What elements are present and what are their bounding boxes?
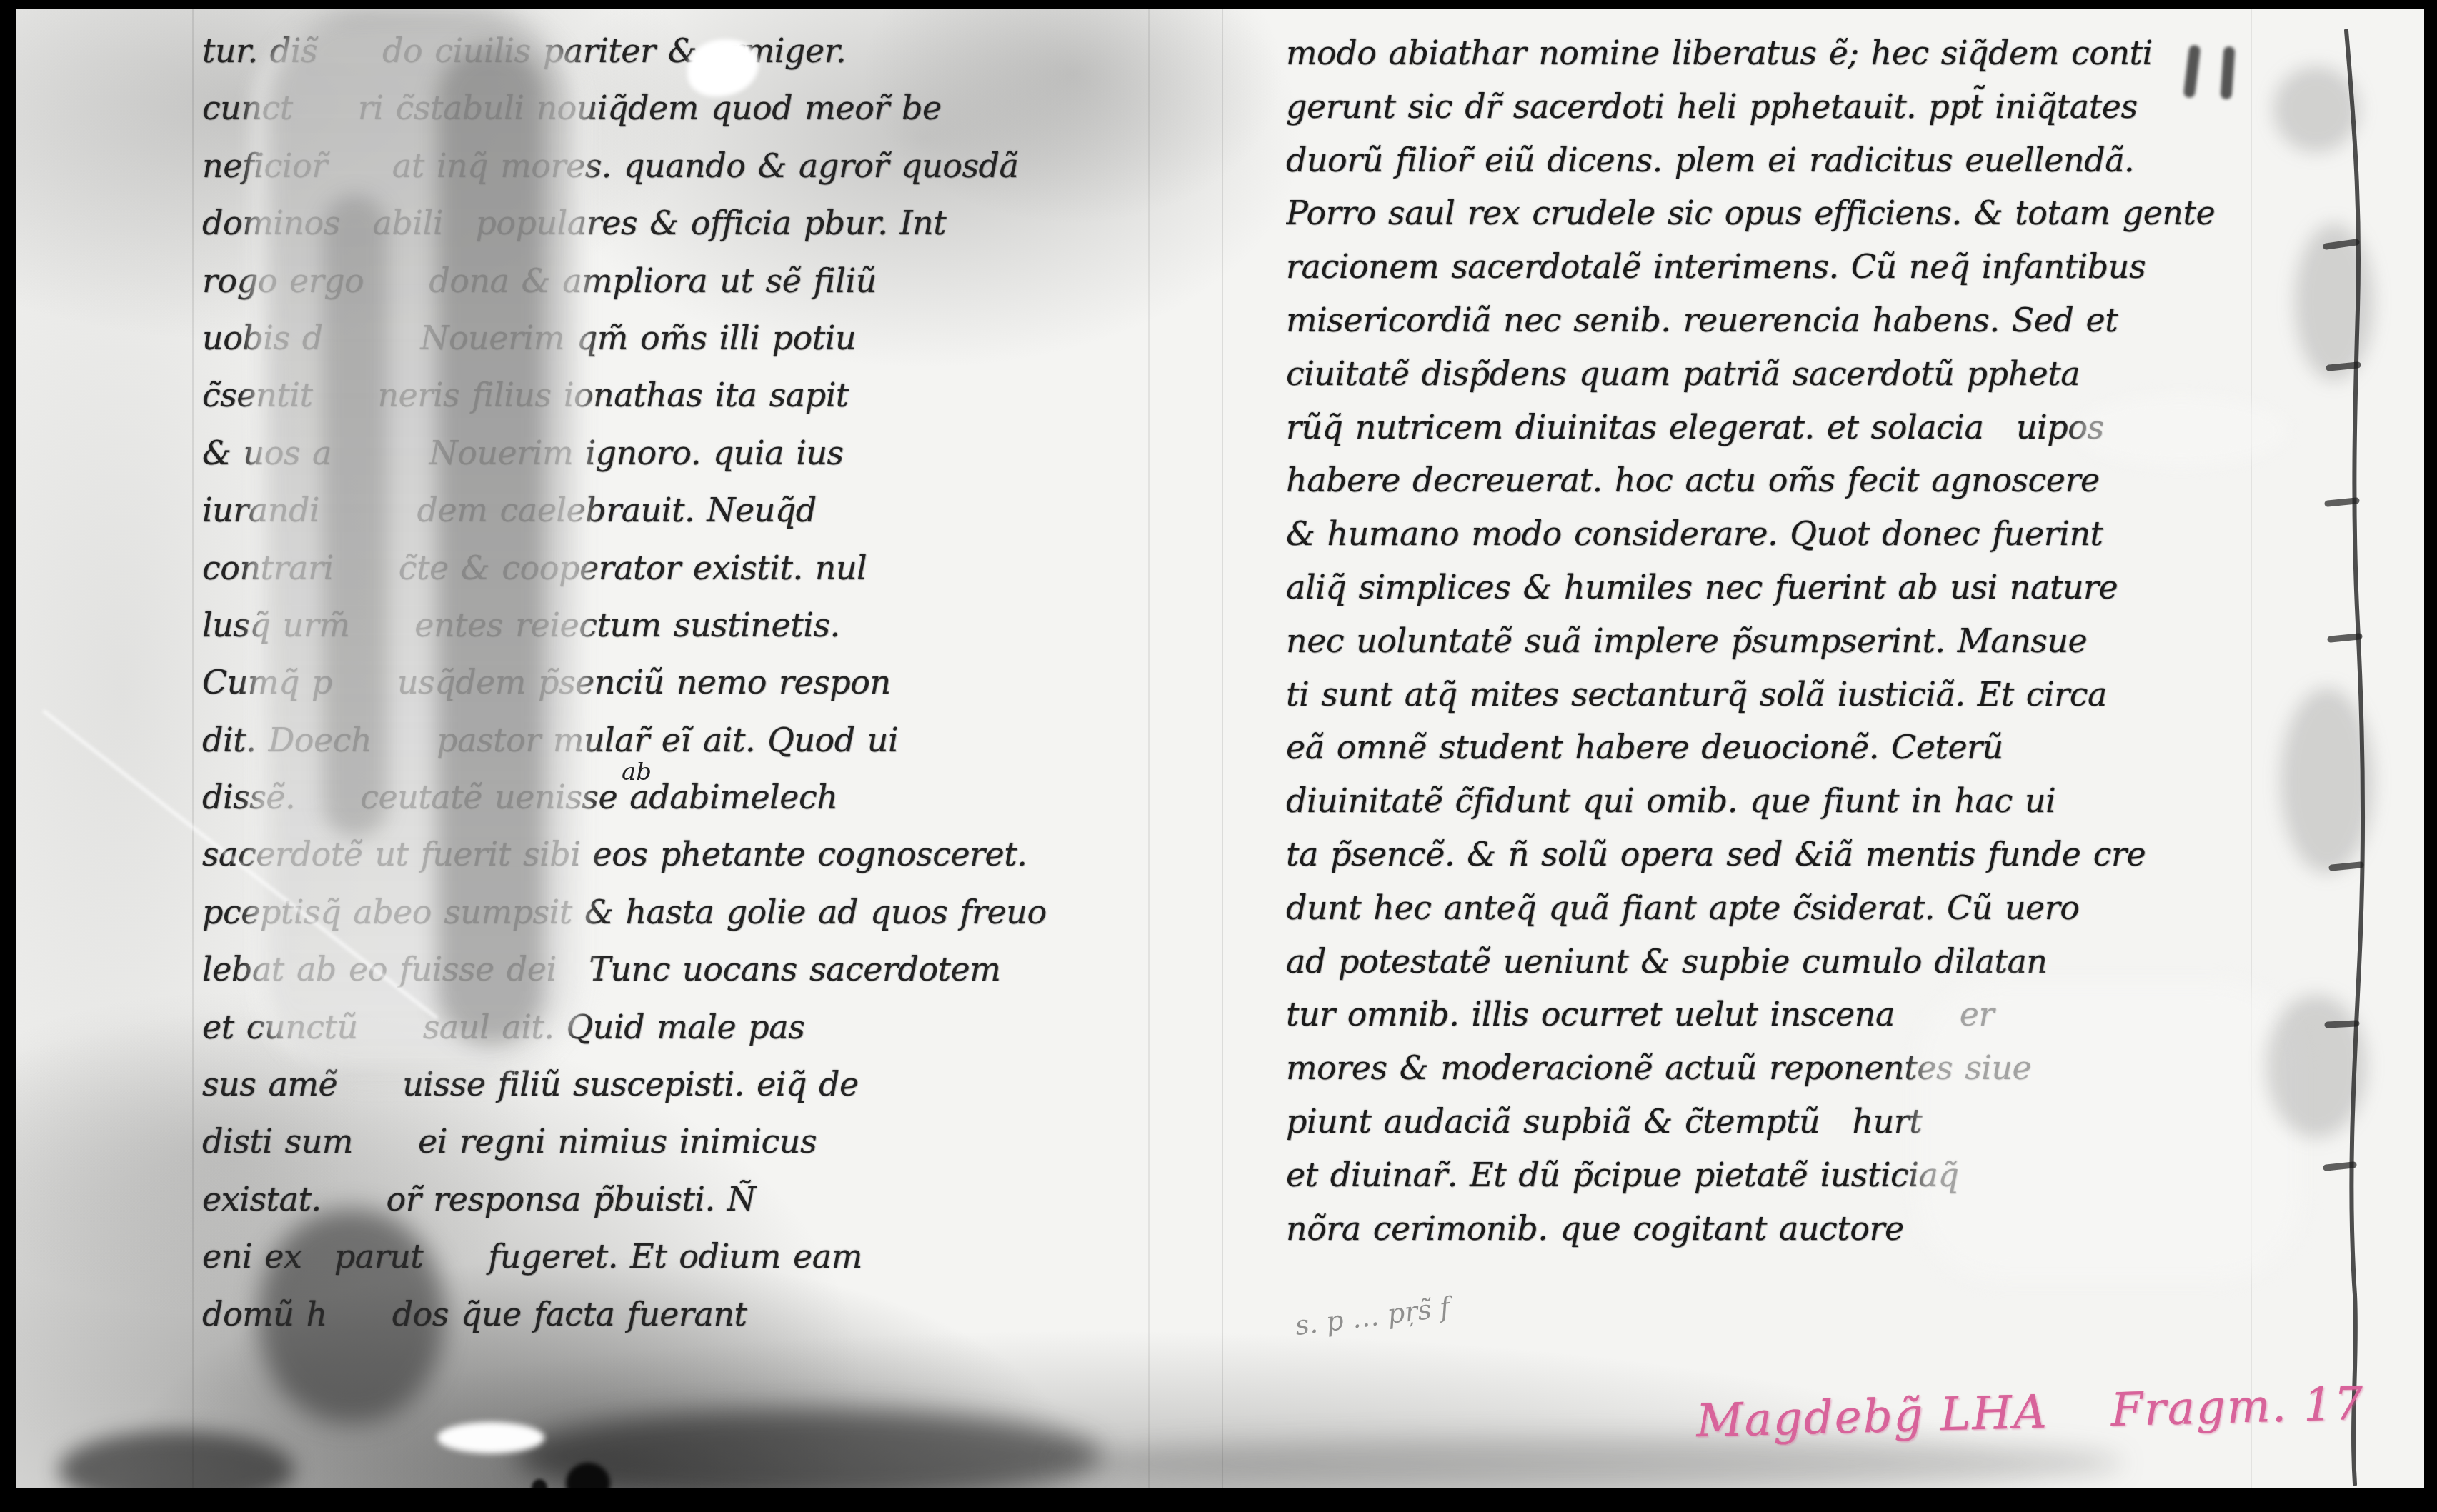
manuscript-line: lusq̃ urm̃ entes reiectum sustinetis.	[202, 596, 1160, 654]
manuscript-line: rogo ergo dona & ampliora ut sẽ filiũ	[202, 252, 1160, 309]
manuscript-line: iurandi dem caelebrauit. Neuq̃d	[202, 481, 1160, 539]
faint-scribble: s. p … pŗs̃ f	[1293, 1291, 1452, 1341]
dark-smear-bottom-center	[516, 1409, 1102, 1488]
column-divider-line	[1222, 9, 1223, 1488]
manuscript-line: dit. Doech pastor mular̃ eĩ ait. Quod u…	[202, 711, 1160, 768]
right-text-column: modo abiathar nomine liberatus ẽ; hec s…	[1286, 26, 2254, 1255]
ink-blot	[566, 1463, 610, 1488]
manuscript-line: piunt audaciã supbiã & c̃temptũ hurt	[1286, 1095, 2254, 1148]
manuscript-line: sacerdotẽ ut fuerit sibi eos phetante c…	[202, 826, 1160, 883]
manuscript-line: disti sum ei regni nimius inimicus	[202, 1113, 1160, 1170]
interlinear-gloss: ab	[622, 758, 652, 786]
manuscript-line: pceptisq̃ abeo sumpsit & hasta golie ad …	[202, 883, 1160, 941]
manuscript-line: sus amẽ uisse filiũ suscepisti. eiq̃ d…	[202, 1056, 1160, 1113]
manuscript-line: dunt hec anteq̃ quã fiant apte c̃sidera…	[1286, 881, 2254, 935]
left-text-column: tur. dis̃ do ciuilis pariter & armiger.c…	[202, 22, 1160, 1343]
manuscript-line: ad potestatẽ ueniunt & supbie cumulo di…	[1286, 935, 2254, 988]
manuscript-line: c̃sentit neris filius ionathas ita sapit	[202, 366, 1160, 424]
manuscript-line: nõra cerimonib. que cogitant auctore	[1286, 1202, 2254, 1256]
manuscript-page: tur. dis̃ do ciuilis pariter & armiger.c…	[16, 9, 2424, 1488]
manuscript-line: racionem sacerdotalẽ interimens. Cũ ne…	[1286, 240, 2254, 294]
manuscript-line: modo abiathar nomine liberatus ẽ; hec s…	[1286, 26, 2254, 80]
manuscript-line: et cunctũ saul ait. Quid male pas	[202, 998, 1160, 1056]
manuscript-line: domũ h dos q̃ue facta fuerant	[202, 1286, 1160, 1343]
manuscript-line: nec uoluntatẽ suã implere p̃sumpserint…	[1286, 614, 2254, 668]
manuscript-line: neficior̃ at inq̃ mores. quando & agror̃…	[202, 137, 1160, 194]
manuscript-line: & humano modo considerare. Quot donec fu…	[1286, 507, 2254, 561]
manuscript-line: lebat ab eo fuisse dei Tunc uocans sacer…	[202, 941, 1160, 998]
manuscript-line: habere decreuerat. hoc actu om̃s fecit a…	[1286, 454, 2254, 507]
manuscript-line: cunct ri c̃stabuli nouiq̃dem quod meor̃ …	[202, 79, 1160, 136]
manuscript-line: et diuinar̃. Et dũ p̃cipue pietatẽ ius…	[1286, 1148, 2254, 1202]
ruling-line-left-margin	[192, 9, 194, 1488]
manuscript-line: mores & moderacionẽ actuũ reponentes s…	[1286, 1041, 2254, 1095]
manuscript-line: Porro saul rex crudele sic opus efficien…	[1286, 186, 2254, 240]
manuscript-line: tur omnib. illis ocurret uelut inscena e…	[1286, 988, 2254, 1041]
edge-smudge	[2281, 688, 2373, 873]
gray-smear-bottom-right	[1052, 1438, 2123, 1488]
manuscript-line: ti sunt atq̃ mites sectanturq̃ solã ius…	[1286, 668, 2254, 721]
manuscript-line: gerunt sic dr̃ sacerdoti heli pphetauit.…	[1286, 80, 2254, 134]
manuscript-line: misericordiã nec senib. reuerencia habe…	[1286, 294, 2254, 347]
manuscript-line: uobis d Nouerim qm̃ om̃s illi potiu	[202, 309, 1160, 366]
manuscript-line: dominos abili populares & officia pbur. …	[202, 194, 1160, 251]
manuscript-line: eã omnẽ student habere deuocionẽ. Cet…	[1286, 721, 2254, 774]
manuscript-line: diuinitatẽ c̃fidunt qui omib. que fiunt…	[1286, 774, 2254, 828]
manuscript-line: aliq̃ simplices & humiles nec fuerint ab…	[1286, 561, 2254, 614]
parchment-tear	[437, 1422, 544, 1453]
manuscript-line: Cumq̃ p usq̃dem p̃senciũ nemo respon	[202, 654, 1160, 711]
manuscript-line: dissẽ. ceutatẽ uenisse adabimelech	[202, 768, 1160, 826]
manuscript-line: tur. dis̃ do ciuilis pariter & armiger.	[202, 22, 1160, 79]
manuscript-line: ta p̃sencẽ. & ñ solũ opera sed &iã m…	[1286, 828, 2254, 881]
edge-smudge	[2273, 66, 2359, 152]
dark-smear-bottom-left	[59, 1431, 294, 1488]
manuscript-line: ciuitatẽ disp̃dens quam patriã sacerdo…	[1286, 347, 2254, 401]
archive-shelfmark-annotation: Magdebg̃ LHA Fragm. 17	[1695, 1378, 2365, 1448]
edge-smudge	[2266, 995, 2366, 1138]
manuscript-line: eni ex parut fugeret. Et odium eam	[202, 1228, 1160, 1285]
manuscript-line: rũq̃ nutricem diuinitas elegerat. et so…	[1286, 401, 2254, 454]
photo-frame: tur. dis̃ do ciuilis pariter & armiger.c…	[0, 0, 2437, 1512]
manuscript-line: existat. or̃ responsa p̃buisti. Ñ	[202, 1171, 1160, 1228]
manuscript-line: contrari c̃te & cooperator existit. nul	[202, 539, 1160, 596]
manuscript-line: duorũ filior̃ eiũ dicens. plem ei radi…	[1286, 134, 2254, 187]
ink-blot-small	[532, 1479, 547, 1488]
edge-smudge	[2295, 224, 2373, 381]
manuscript-line: & uos a Nouerim ignoro. quia ius	[202, 424, 1160, 481]
